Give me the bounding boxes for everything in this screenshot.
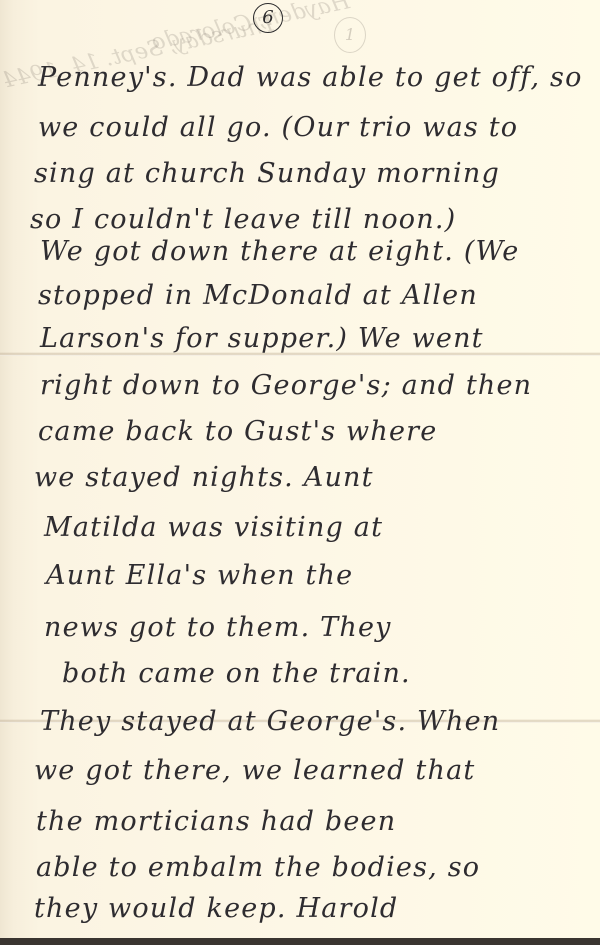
- letter-page: Hayden, Colorado Thursday, Sept. 14, 194…: [0, 0, 600, 938]
- scan-bottom-edge: [0, 938, 600, 945]
- handwritten-line: Larson's for supper.) We went: [40, 323, 484, 354]
- handwritten-line: we stayed nights. Aunt: [34, 462, 374, 493]
- handwritten-line: both came on the train.: [62, 658, 411, 689]
- handwritten-line: so I couldn't leave till noon.): [30, 204, 456, 235]
- handwritten-line: news got to them. They: [44, 612, 392, 643]
- handwritten-line: able to embalm the bodies, so: [36, 852, 480, 883]
- bleed-through-page-number: 1: [334, 17, 366, 53]
- handwritten-line: came back to Gust's where: [38, 416, 437, 447]
- handwritten-line: stopped in McDonald at Allen: [38, 280, 478, 311]
- handwritten-line: the morticians had been: [36, 806, 396, 837]
- handwritten-line: Penney's. Dad was able to get off, so: [38, 62, 583, 93]
- handwritten-line: We got down there at eight. (We: [40, 236, 519, 267]
- handwritten-line: sing at church Sunday morning: [34, 158, 500, 189]
- handwritten-line: they would keep. Harold: [34, 893, 398, 924]
- handwritten-line: right down to George's; and then: [40, 370, 532, 401]
- handwritten-line: we got there, we learned that: [34, 755, 475, 786]
- handwritten-line: Matilda was visiting at: [44, 512, 383, 543]
- handwritten-line: They stayed at George's. When: [40, 706, 500, 737]
- page-number-circled: 6: [253, 3, 283, 33]
- handwritten-line: Aunt Ella's when the: [46, 560, 353, 591]
- handwritten-line: we could all go. (Our trio was to: [38, 112, 518, 143]
